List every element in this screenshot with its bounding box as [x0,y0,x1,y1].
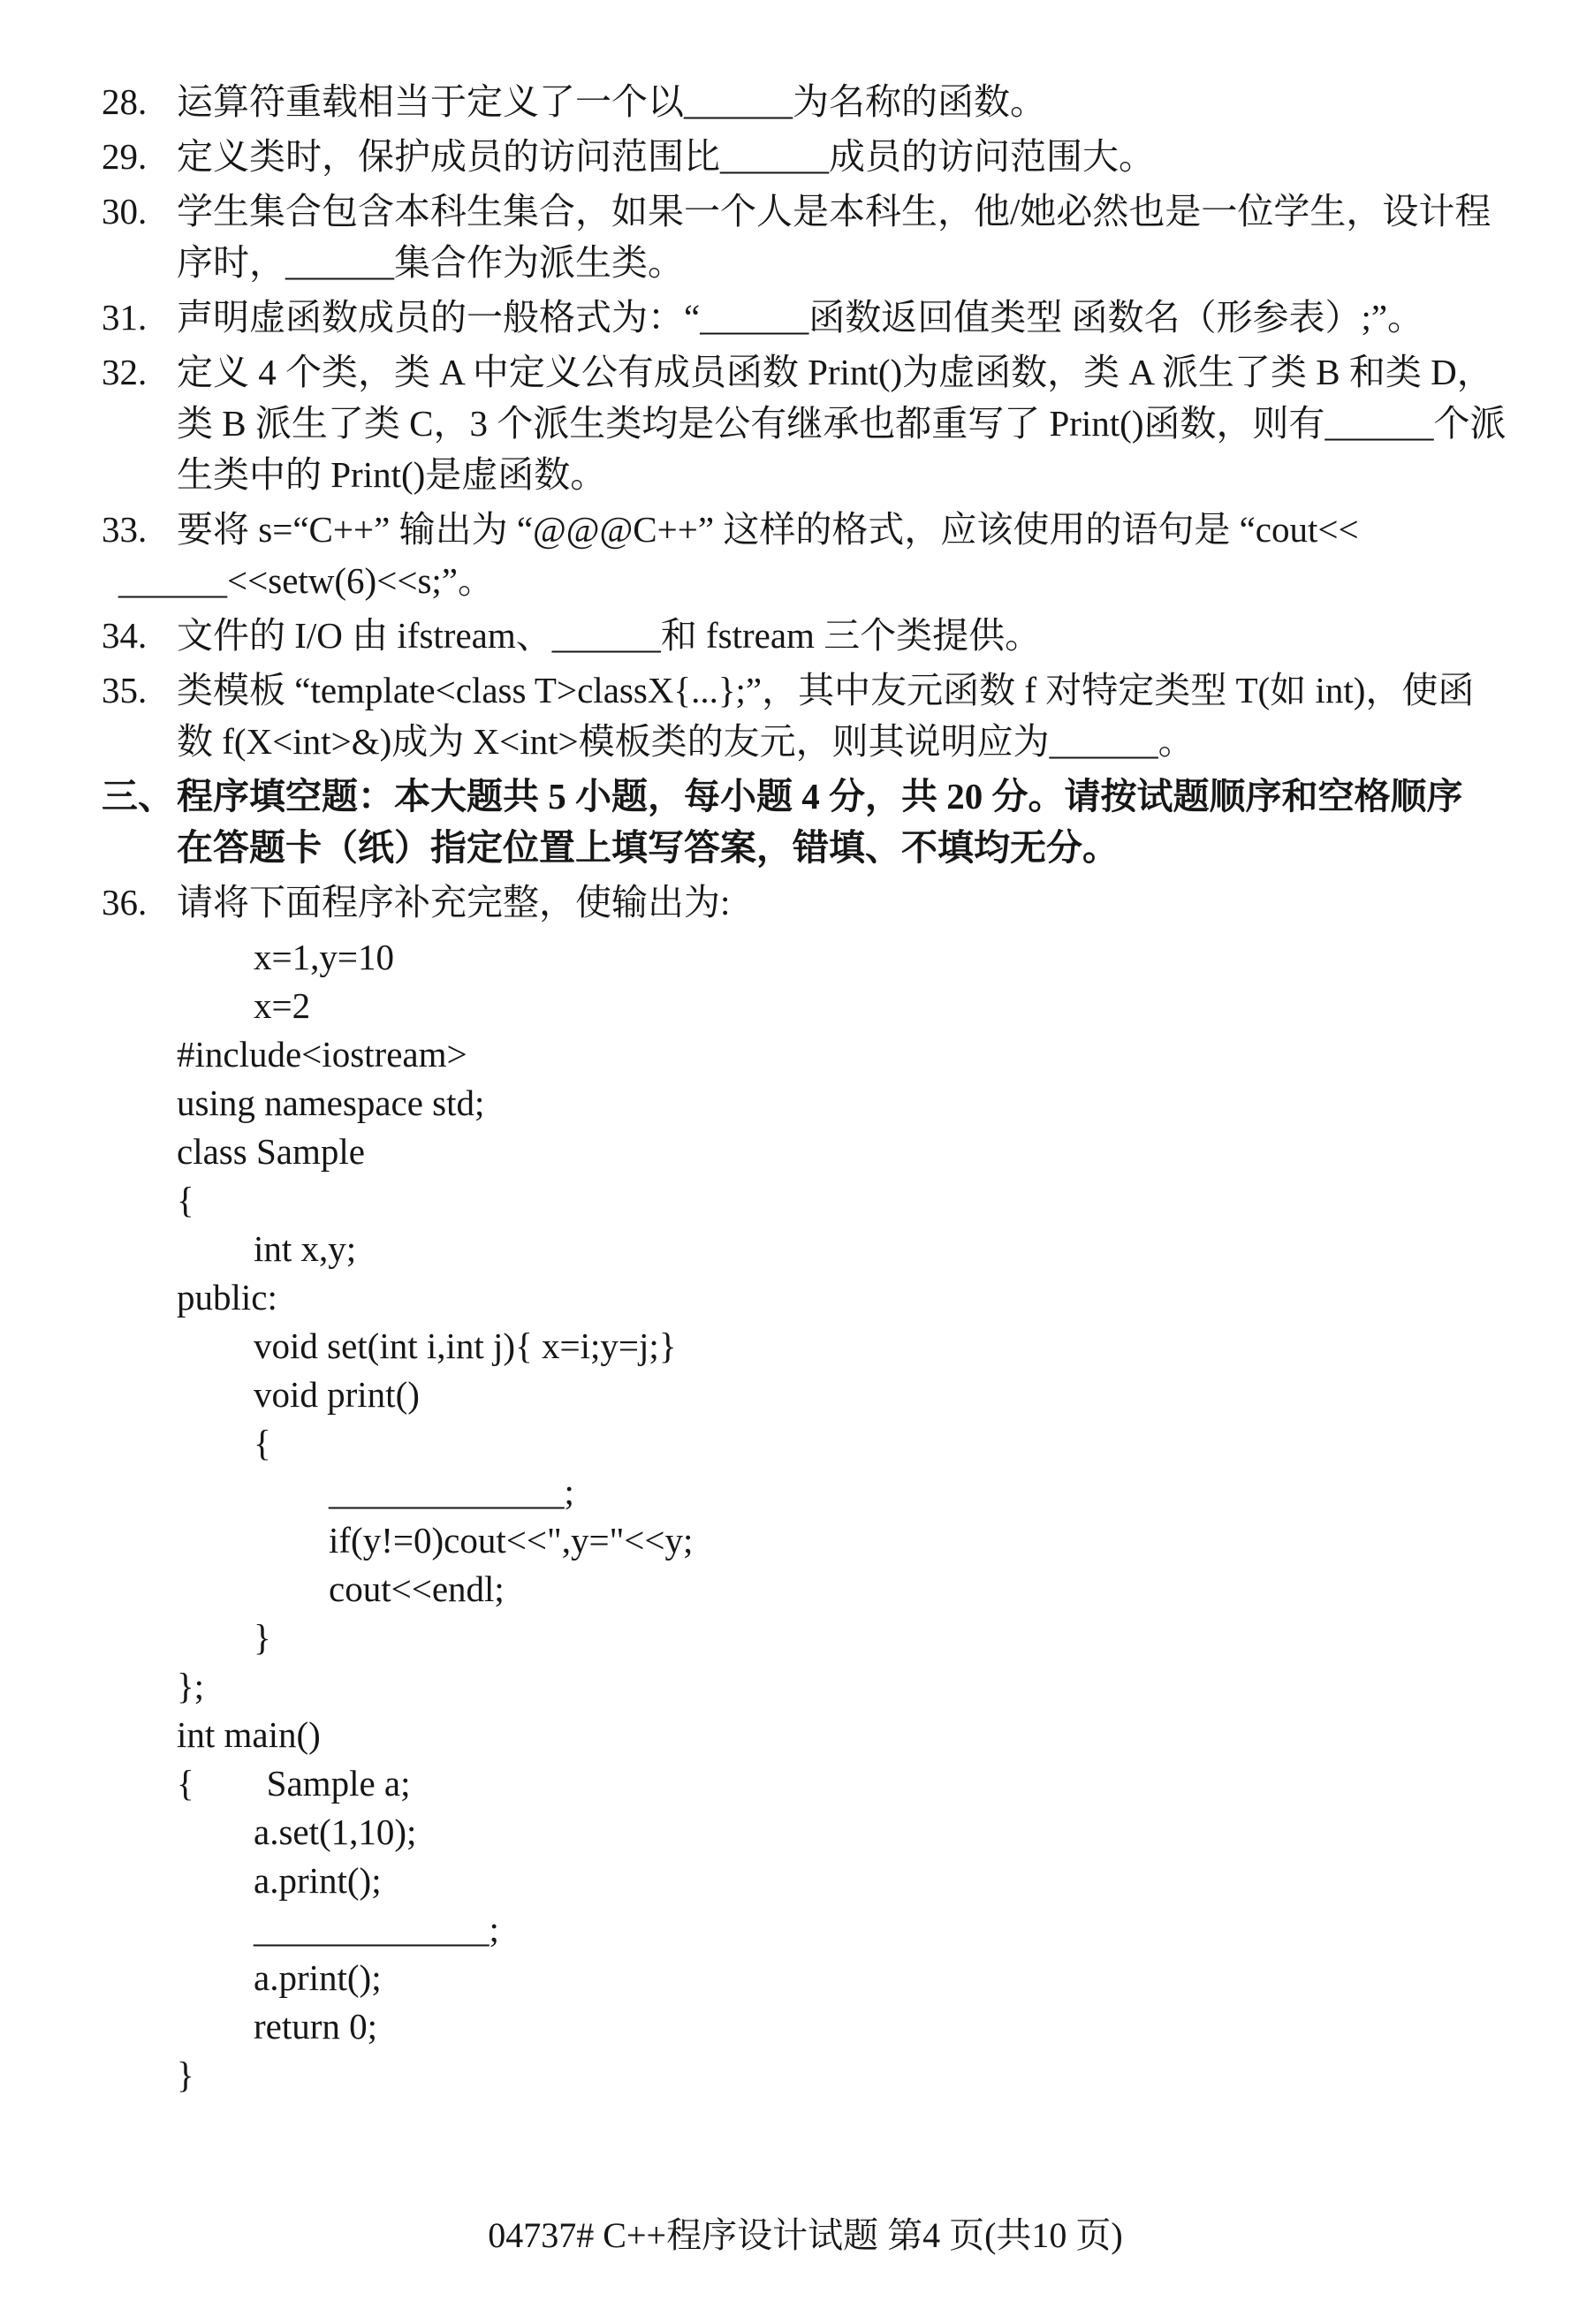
question-line: 类 B 派生了类 C，3 个派生类均是公有继承也都重写了 Print()函数，则… [102,398,1509,449]
section-header-line: 三、程序填空题：本大题共 5 小题，每小题 4 分，共 20 分。请按试题顺序和… [102,771,1509,822]
question-item: 34.文件的 I/O 由 ifstream、______和 fstream 三个… [102,610,1509,661]
question-line: 33.要将 s=“C++” 输出为 “@@@C++” 这样的格式，应该使用的语句… [102,504,1509,555]
code-line: { Sample a; [177,1759,1509,1808]
code-line: int main() [177,1711,1509,1759]
question-item: 30.学生集合包含本科生集合，如果一个人是本科生，他/她必然也是一位学生，设计程… [102,186,1509,288]
section-header: 三、程序填空题：本大题共 5 小题，每小题 4 分，共 20 分。请按试题顺序和… [102,771,1509,873]
code-line: { [254,1419,1509,1468]
question-item: 35.类模板 “template<class T>classX{...};”，其… [102,665,1509,767]
section-header-line: 在答题卡（纸）指定位置上填写答案，错填、不填均无分。 [102,822,1509,873]
question-item: 28.运算符重载相当于定义了一个以______为名称的函数。 [102,76,1509,127]
question-number: 32. [102,346,177,398]
page-footer: 04737# C++程序设计试题 第4 页(共10 页) [102,2211,1509,2260]
question-list: 28.运算符重载相当于定义了一个以______为名称的函数。29.定义类时，保护… [102,76,1509,928]
question-number: 31. [102,292,177,343]
code-line: }; [177,1662,1509,1711]
question-number: 30. [102,186,177,237]
code-line: #include<iostream> [177,1030,1509,1079]
question-item: 36.请将下面程序补充完整，使输出为: [102,877,1509,928]
code-line: { [177,1176,1509,1225]
code-line: class Sample [177,1128,1509,1176]
code-line: } [177,2051,1509,2100]
question-item: 32.定义 4 个类，类 A 中定义公有成员函数 Print()为虚函数，类 A… [102,346,1509,500]
question-line: 30.学生集合包含本科生集合，如果一个人是本科生，他/她必然也是一位学生，设计程 [102,186,1509,237]
question-number: 34. [102,610,177,661]
question-line: 数 f(X<int>&)成为 X<int>模板类的友元，则其说明应为______… [102,716,1509,767]
code-line: int x,y; [254,1225,1509,1273]
question-item: 29.定义类时，保护成员的访问范围比______成员的访问范围大。 [102,131,1509,182]
question-line: 34.文件的 I/O 由 ifstream、______和 fstream 三个… [102,610,1509,661]
code-line: a.print(); [254,1857,1509,1905]
code-line: _____________; [329,1468,1509,1516]
question-number: 35. [102,665,177,716]
question-item: 31.声明虚函数成员的一般格式为：“______函数返回值类型 函数名（形参表）… [102,292,1509,343]
question-number: 三、 [102,771,177,822]
question-line: ______<<setw(6)<<s;”。 [43,555,1509,606]
question-line: 29.定义类时，保护成员的访问范围比______成员的访问范围大。 [102,131,1509,182]
question-line: 31.声明虚函数成员的一般格式为：“______函数返回值类型 函数名（形参表）… [102,292,1509,343]
code-line: a.set(1,10); [254,1808,1509,1857]
code-line: public: [177,1273,1509,1322]
code-line: cout<<endl; [329,1565,1509,1614]
question-number: 36. [102,877,177,928]
question-line: 36.请将下面程序补充完整，使输出为: [102,877,1509,928]
code-block: x=1,y=10x=2#include<iostream>using names… [102,933,1509,2100]
question-line: 35.类模板 “template<class T>classX{...};”，其… [102,665,1509,716]
question-number: 33. [102,504,177,555]
code-line: if(y!=0)cout<<",y="<<y; [329,1516,1509,1565]
code-line: x=1,y=10 [254,933,1509,982]
question-item: 33.要将 s=“C++” 输出为 “@@@C++” 这样的格式，应该使用的语句… [102,504,1509,606]
question-line: 序时，______集合作为派生类。 [102,237,1509,288]
question-number: 29. [102,131,177,182]
question-line: 生类中的 Print()是虚函数。 [102,449,1509,500]
code-line: using namespace std; [177,1079,1509,1128]
code-line: void print() [254,1371,1509,1419]
code-line: _____________; [254,1905,1509,1954]
code-line: x=2 [254,982,1509,1030]
question-line: 28.运算符重载相当于定义了一个以______为名称的函数。 [102,76,1509,127]
code-line: } [254,1614,1509,1662]
code-line: void set(int i,int j){ x=i;y=j;} [254,1322,1509,1371]
code-line: return 0; [254,2002,1509,2051]
question-line: 32.定义 4 个类，类 A 中定义公有成员函数 Print()为虚函数，类 A… [102,346,1509,398]
question-number: 28. [102,76,177,127]
exam-page: 28.运算符重载相当于定义了一个以______为名称的函数。29.定义类时，保护… [0,0,1594,2324]
code-line: a.print(); [254,1954,1509,2002]
